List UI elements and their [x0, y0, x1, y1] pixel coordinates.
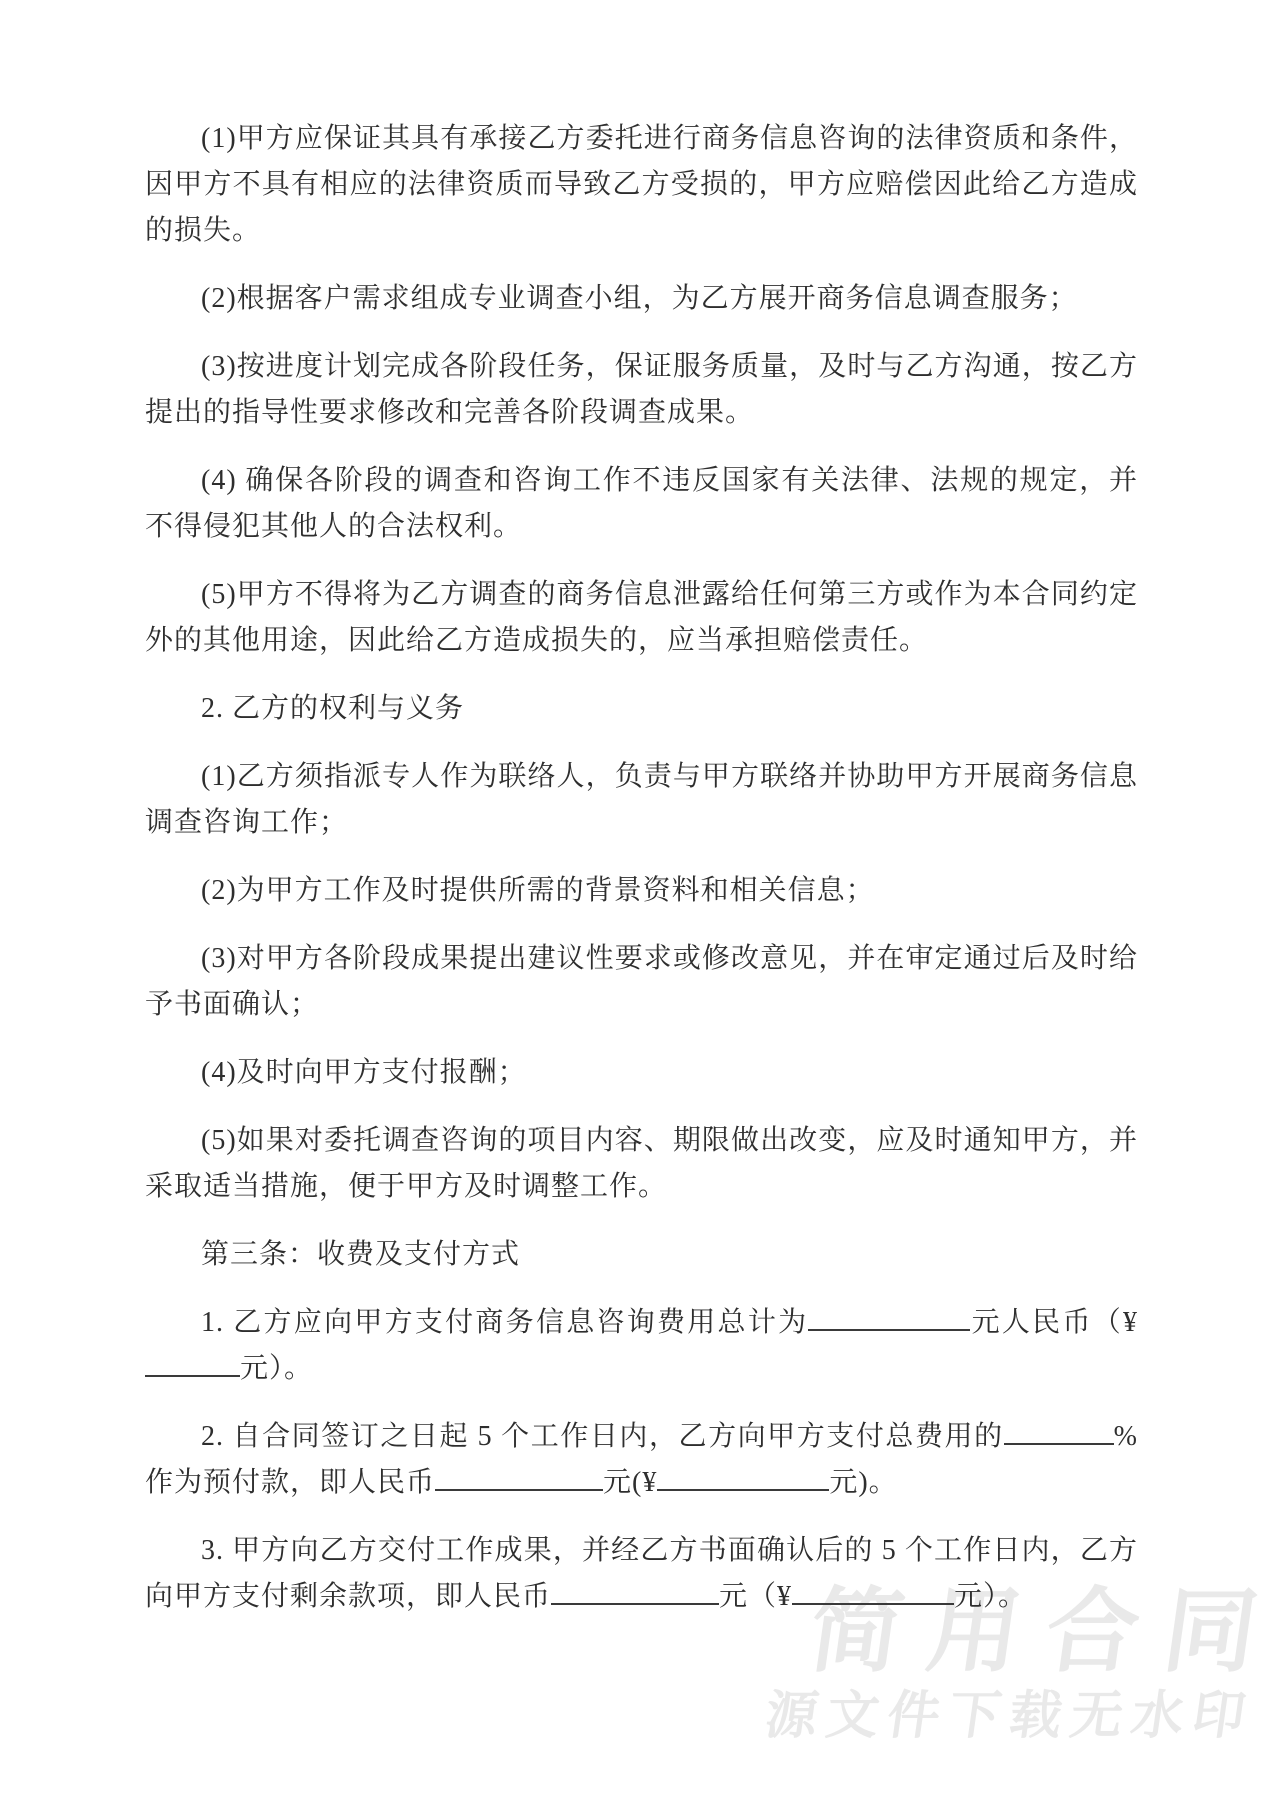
contract-document-page: { "page": { "background": "#ffffff", "te…: [0, 0, 1280, 1810]
party-a-duty-2: (2)根据客户需求组成专业调查小组，为乙方展开商务信息调查服务；: [145, 276, 1138, 322]
party-b-duty-2: (2)为甲方工作及时提供所需的背景资料和相关信息；: [145, 868, 1138, 914]
party-a-duty-3: (3)按进度计划完成各阶段任务，保证服务质量，及时与乙方沟通，按乙方提出的指导性…: [145, 344, 1138, 436]
article-3-heading: 第三条：收费及支付方式: [145, 1232, 1138, 1278]
watermark-subtitle: 源文件下载无水印: [762, 1690, 1257, 1742]
blank-field: [1004, 1439, 1114, 1445]
blank-field: [657, 1485, 829, 1491]
payment-clause-2: 2. 自合同签订之日起 5 个工作日内，乙方向甲方支付总费用的%作为预付款，即人…: [145, 1414, 1138, 1506]
document-body: (1)甲方应保证其具有承接乙方委托进行商务信息咨询的法律资质和条件，因甲方不具有…: [145, 116, 1138, 1620]
payment-clause-1: 1. 乙方应向甲方支付商务信息咨询费用总计为元人民币（¥元）。: [145, 1300, 1138, 1392]
blank-field: [551, 1599, 719, 1605]
payment-clause-3: 3. 甲方向乙方交付工作成果，并经乙方书面确认后的 5 个工作日内，乙方向甲方支…: [145, 1528, 1138, 1620]
document-page: (1)甲方应保证其具有承接乙方委托进行商务信息咨询的法律资质和条件，因甲方不具有…: [0, 0, 1280, 1620]
party-b-duty-1: (1)乙方须指派专人作为联络人，负责与甲方联络并协助甲方开展商务信息调查咨询工作…: [145, 754, 1138, 846]
blank-field: [435, 1485, 603, 1491]
party-a-duty-4: (4) 确保各阶段的调查和咨询工作不违反国家有关法律、法规的规定，并不得侵犯其他…: [145, 458, 1138, 550]
blank-field: [808, 1325, 970, 1331]
party-b-duty-4: (4)及时向甲方支付报酬；: [145, 1050, 1138, 1096]
section-2-heading: 2. 乙方的权利与义务: [145, 686, 1138, 732]
blank-field: [792, 1599, 954, 1605]
party-a-duty-5: (5)甲方不得将为乙方调查的商务信息泄露给任何第三方或作为本合同约定外的其他用途…: [145, 572, 1138, 664]
party-b-duty-5: (5)如果对委托调查咨询的项目内容、期限做出改变，应及时通知甲方，并采取适当措施…: [145, 1118, 1138, 1210]
party-a-duty-1: (1)甲方应保证其具有承接乙方委托进行商务信息咨询的法律资质和条件，因甲方不具有…: [145, 116, 1138, 254]
party-b-duty-3: (3)对甲方各阶段成果提出建议性要求或修改意见，并在审定通过后及时给予书面确认；: [145, 936, 1138, 1028]
blank-field: [145, 1371, 240, 1377]
